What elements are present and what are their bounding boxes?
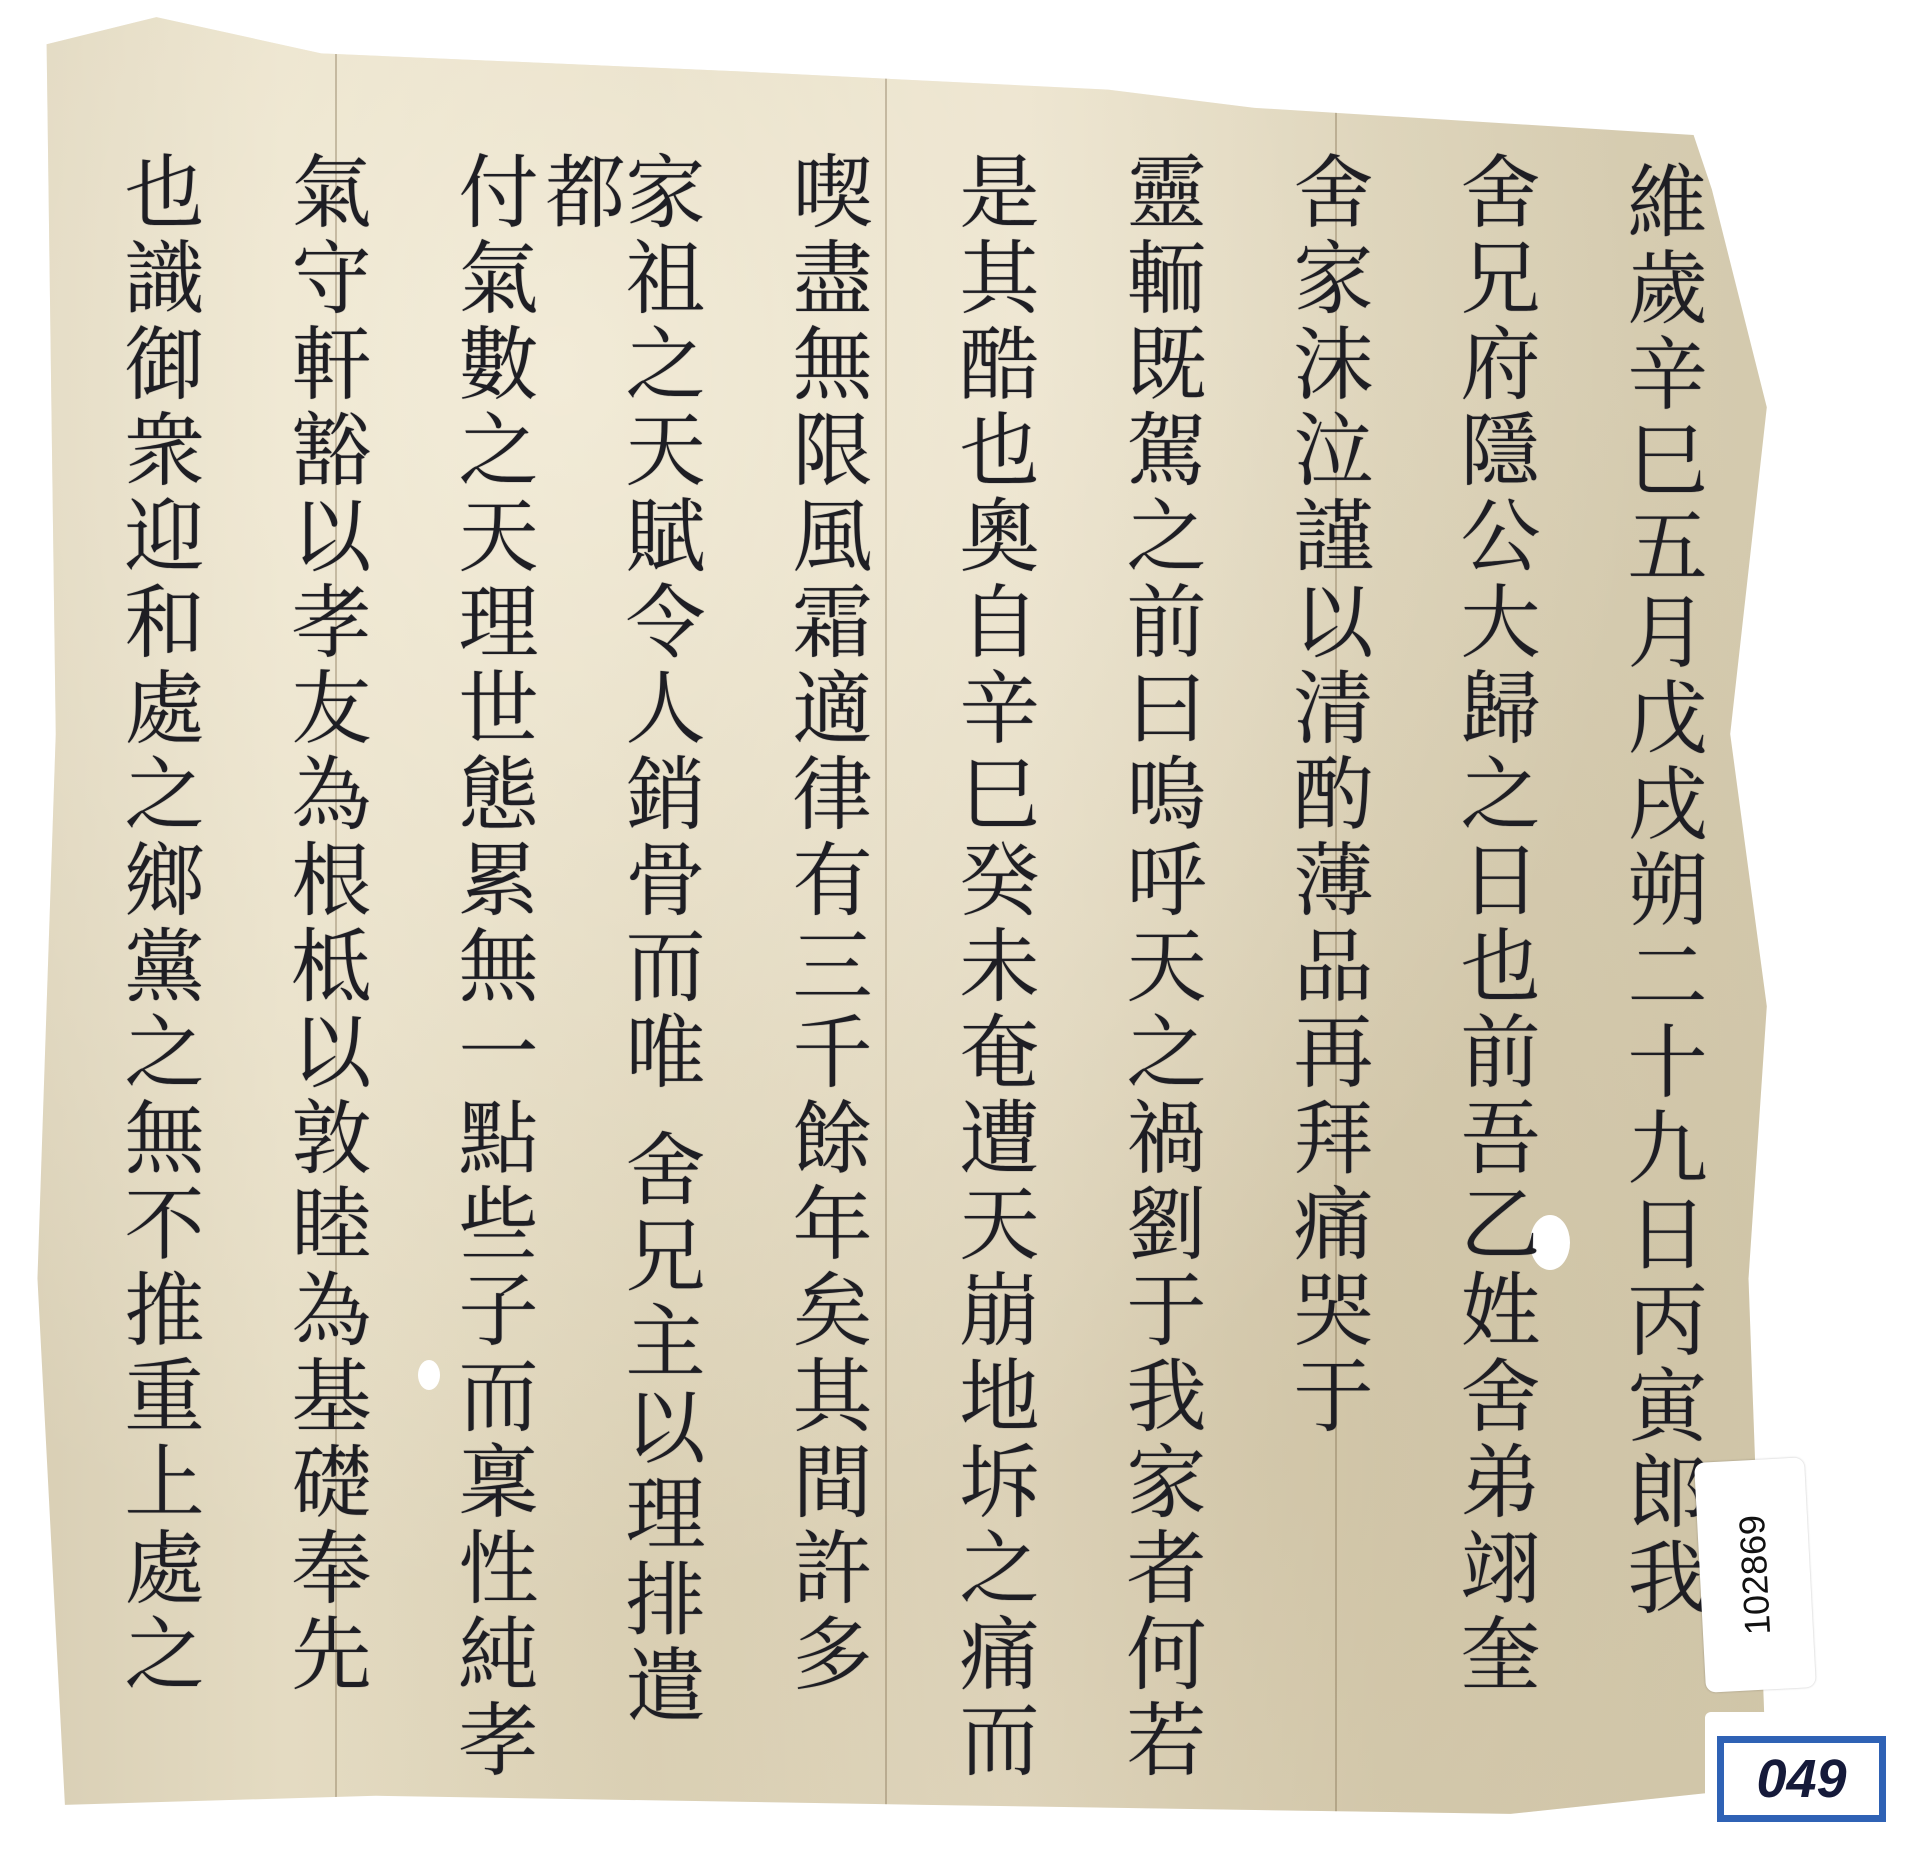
text-columns: 維歲辛巳五月戊戌朔二十九日丙寅郎我 舍兄府隱公大歸之日也前吾乙姓舍弟翊奎 舍家沫…	[30, 150, 1730, 1800]
item-number-tag: 049	[1705, 1712, 1900, 1832]
accession-label: 102869	[1694, 1457, 1816, 1692]
text-column-7: 家祖之天賦令人銷骨而唯 舍兄主以理排遣都	[531, 150, 698, 1800]
text-column-4: 靈輀既駕之前曰嗚呼天之禍劉于我家者何若	[1032, 150, 1199, 1800]
text-column-1: 維歲辛巳五月戊戌朔二十九日丙寅郎我	[1533, 150, 1700, 1800]
text-column-6: 喫盡無限風霜適律有三千餘年矣其間許多	[698, 150, 865, 1800]
text-column-2: 舍兄府隱公大歸之日也前吾乙姓舍弟翊奎	[1366, 150, 1533, 1800]
item-number: 049	[1717, 1736, 1886, 1822]
text-column-3: 舍家沫泣謹以清酌薄品再拜痛哭于	[1199, 150, 1366, 1800]
text-column-5: 是其酷也奧自辛巳癸未奄遭天崩地坼之痛而	[865, 150, 1032, 1800]
text-column-9: 氣守軒豁以孝友為根柢以敦睦為基礎奉先	[197, 150, 364, 1800]
text-column-8: 付氣數之天理世態累無一點些子而稟性純孝	[364, 150, 531, 1800]
accession-number: 102869	[1731, 1514, 1779, 1636]
text-column-10: 也識御衆迎和處之鄉黨之無不推重上處之	[30, 150, 197, 1800]
